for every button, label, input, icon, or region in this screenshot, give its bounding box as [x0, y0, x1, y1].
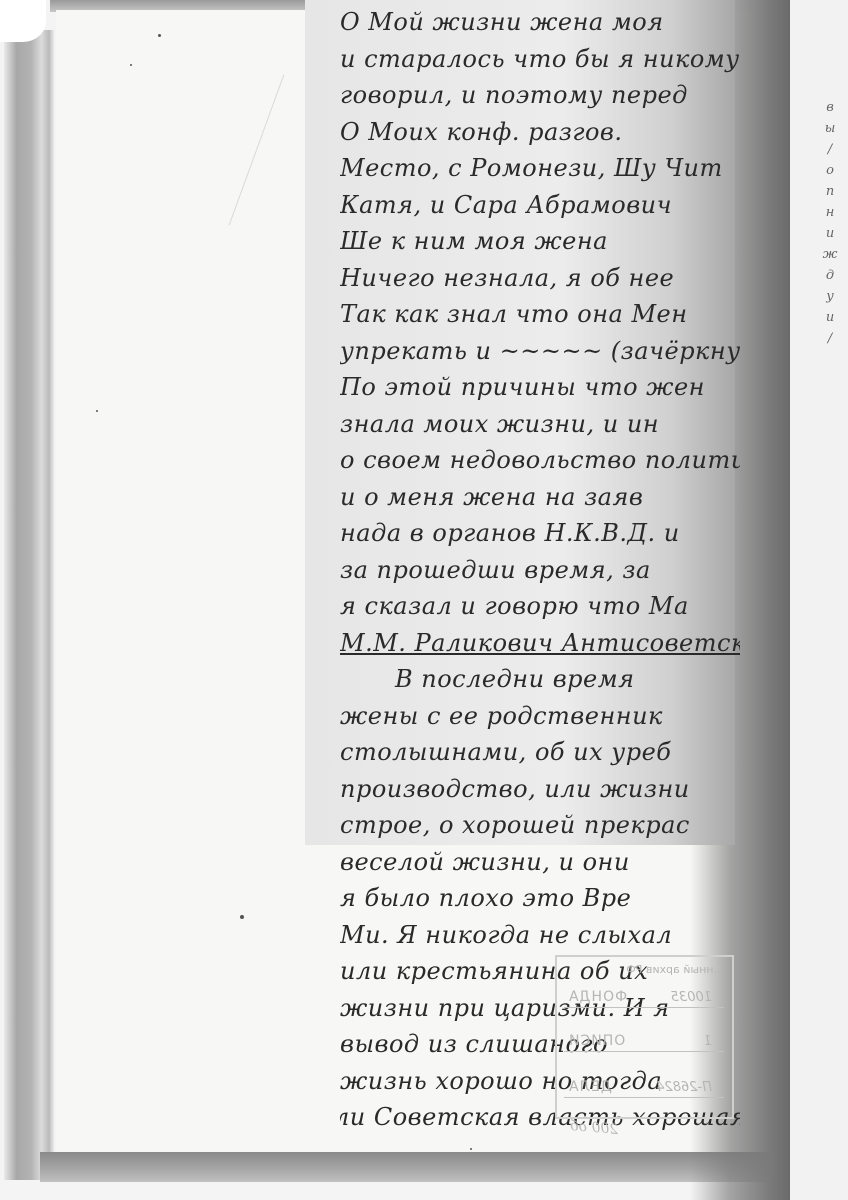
- hw-line: столышнами, об их уреб: [340, 734, 740, 771]
- hw-paragraph-start: В последни время: [340, 661, 740, 698]
- hw-line: Место, с Ромонези, Шу Чит: [340, 150, 740, 187]
- paper-crease: [229, 75, 285, 226]
- hw-line: говорил, и поэтому перед: [340, 77, 740, 114]
- hw-line: строе, о хорошей прекрас: [340, 807, 740, 844]
- hw-line: я сказал и говорю что Ма: [340, 588, 740, 625]
- hw-line: нада в органов Н.К.В.Д. и: [340, 515, 740, 552]
- hw-line: Ничего незнала, я об нее: [340, 260, 740, 297]
- hw-line: и о меня жена на заяв: [340, 479, 740, 516]
- stamp-row-opis: 1 ОПИСИ: [564, 1029, 724, 1052]
- hw-line: производство, или жизни: [340, 771, 740, 808]
- hw-line: я было плохо это Вре: [340, 880, 740, 917]
- hw-line: Ми. Я никогда не слыхал: [340, 917, 740, 954]
- stamp-title: ...нный архив РФ: [626, 963, 724, 976]
- hw-line: Катя, и Сара Абрамович: [340, 187, 740, 224]
- hw-line: Так как знал что она Мен: [340, 296, 740, 333]
- hw-line: По этой причины что жен: [340, 369, 740, 406]
- hw-line: за прошедши время, за: [340, 552, 740, 589]
- hw-line: жены с ее родственник: [340, 698, 740, 735]
- stamp-row-fond: 10035 ФОНДА: [564, 985, 724, 1008]
- hw-line: о своем недовольство политик: [340, 442, 740, 479]
- margin-annotations: в ы / о п н и ж д у и /: [818, 100, 842, 400]
- archive-stamp-mirrored: ...нный архив РФ 10035 ФОНДА 1 ОПИСИ П-2…: [555, 955, 734, 1119]
- folder-edge-bottom: [40, 1152, 790, 1182]
- hw-line: и старалось что бы я никому: [340, 41, 740, 78]
- hw-line: Ше к ним моя жена: [340, 223, 740, 260]
- hw-line: знала моих жизни, и ин: [340, 406, 740, 443]
- hw-line: веселой жизни, и они: [340, 844, 740, 881]
- hw-line: О Мой жизни жена моя: [340, 4, 740, 41]
- hw-line: О Моих конф. разгов.: [340, 114, 740, 151]
- hw-line-underlined: М.М. Раликович Антисоветск: [340, 625, 740, 662]
- stamp-row-delo: П-26824 ДЕЛА: [564, 1075, 724, 1098]
- hw-line-with-strikethrough: упрекать и ~~~~~ (зачёркнуто) угробс,: [340, 333, 740, 370]
- folder-edge-left: [4, 30, 54, 1180]
- torn-corner: [0, 0, 46, 42]
